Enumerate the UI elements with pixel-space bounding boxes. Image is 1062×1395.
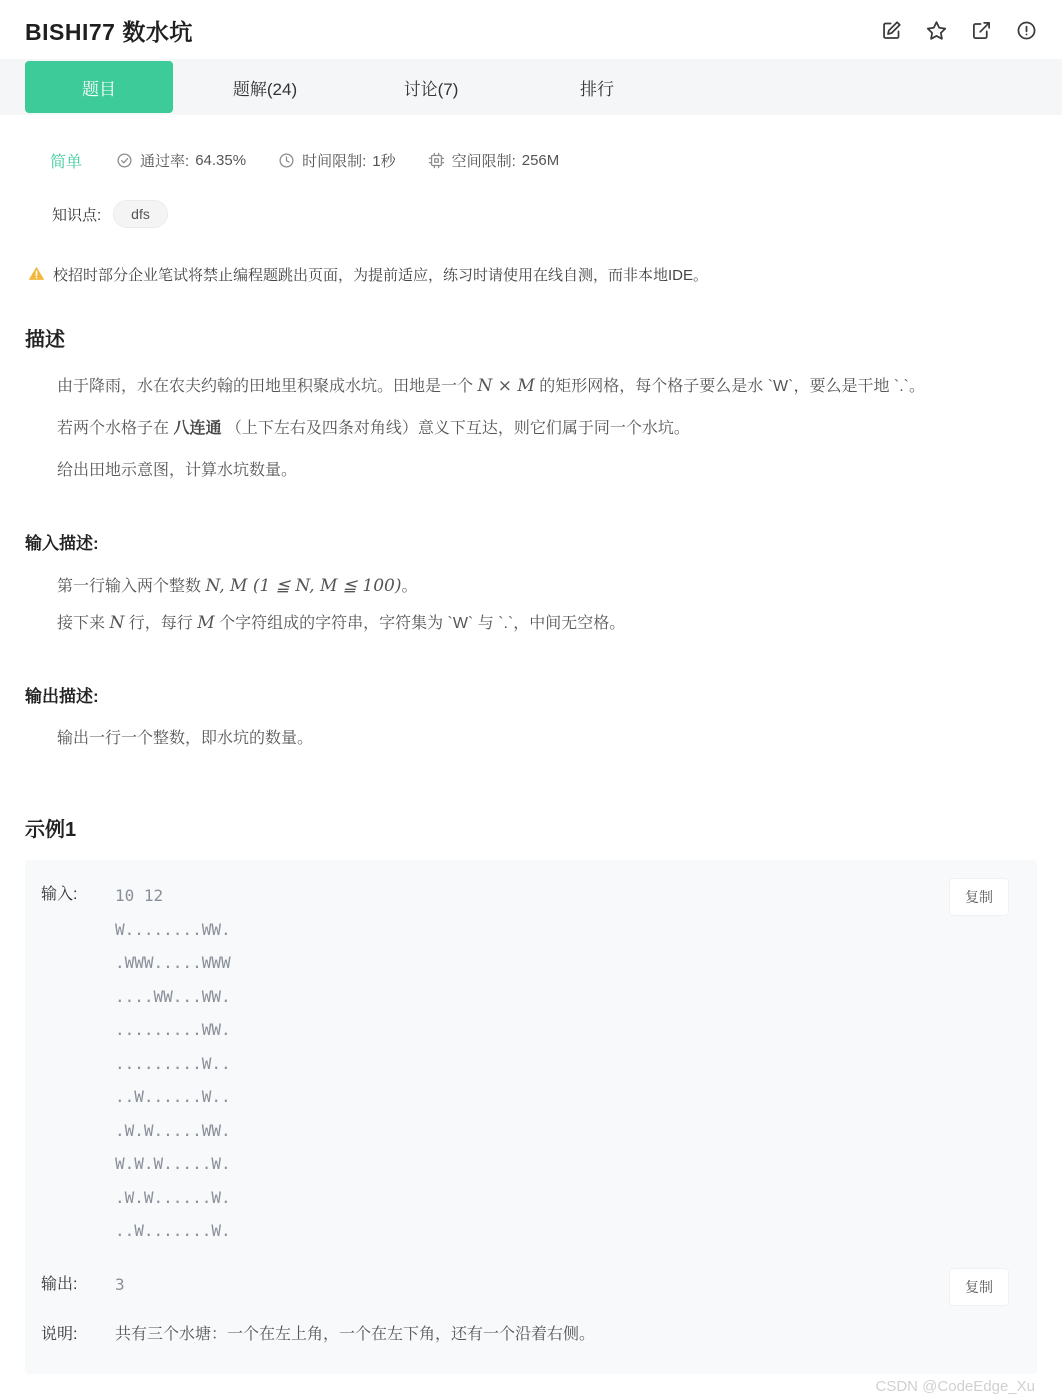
- example-note-text: 共有三个水塘：一个在左上角，一个在左下角，还有一个沿着右侧。: [115, 1322, 595, 1348]
- input-desc-line-2: 接下来 N 行，每行 M 个字符组成的字符串，字符集为 `W` 与 `.`，中间…: [25, 605, 1037, 642]
- clock-icon: [278, 152, 295, 169]
- problem-page: BISHI77 数水坑 题目 题解(24) 讨论(7) 排行 简单: [0, 0, 1062, 1395]
- description-paragraph-1: 由于降雨，水在农夫约翰的田地里积聚成水坑。田地是一个 N × M 的矩形网格，每…: [25, 368, 1037, 405]
- example-input-row: 输入: 10 12 W........WW. .WWW.....WWW ....…: [41, 882, 1013, 1248]
- edit-icon[interactable]: [881, 20, 902, 41]
- tab-bar: 题目 题解(24) 讨论(7) 排行: [0, 59, 1062, 115]
- pass-rate-label: 通过率:: [140, 150, 189, 171]
- csdn-watermark: CSDN @CodeEdge_Xu: [25, 1378, 1037, 1395]
- desc-text: 行，每行: [124, 615, 197, 632]
- share-icon[interactable]: [971, 20, 992, 41]
- notice-text: 校招时部分企业笔试将禁止编程题跳出页面，为提前适应，练习时请使用在线自测，而非本…: [53, 264, 708, 285]
- meta-row: 简单 通过率: 64.35% 时间限制: 1秒 空间限制: 256M: [50, 149, 1037, 172]
- tab-ranking[interactable]: 排行: [523, 61, 671, 113]
- desc-text: （上下左右及四条对角线）意义下互达，则它们属于同一个水坑。: [221, 420, 689, 437]
- input-label: 输入:: [41, 882, 115, 908]
- eight-connected-term: 八连通: [173, 420, 221, 437]
- exam-notice: 校招时部分企业笔试将禁止编程题跳出页面，为提前适应，练习时请使用在线自测，而非本…: [28, 264, 1037, 285]
- copy-output-button[interactable]: 复制: [949, 1268, 1009, 1306]
- math-constraint: N, M (1 ≦ N, M ≦ 100): [205, 576, 401, 596]
- star-icon[interactable]: [926, 20, 947, 41]
- pass-rate: 通过率: 64.35%: [116, 150, 246, 171]
- description-heading: 描述: [25, 323, 1037, 352]
- example-heading: 示例1: [25, 813, 1037, 842]
- output-desc-heading: 输出描述:: [25, 682, 1037, 707]
- output-label: 输出:: [41, 1272, 115, 1298]
- pass-rate-value: 64.35%: [195, 152, 246, 169]
- memory-limit-label: 空间限制:: [452, 150, 516, 171]
- tab-problem[interactable]: 题目: [25, 61, 173, 113]
- check-circle-icon: [116, 152, 133, 169]
- copy-input-button[interactable]: 复制: [949, 878, 1009, 916]
- tab-solutions[interactable]: 题解(24): [191, 61, 339, 113]
- output-desc-body: 输出一行一个整数，即水坑的数量。: [25, 721, 1037, 757]
- desc-text: 第一行输入两个整数: [57, 578, 205, 595]
- desc-text: 个字符组成的字符串，字符集为 `W` 与 `.`，中间无空格。: [215, 615, 626, 632]
- output-desc-line: 输出一行一个整数，即水坑的数量。: [25, 721, 1037, 757]
- desc-text: 若两个水格子在: [57, 420, 173, 437]
- knowledge-tag-dfs[interactable]: dfs: [113, 200, 168, 228]
- time-limit-label: 时间限制:: [302, 150, 366, 171]
- example-output-content: 3: [115, 1272, 125, 1298]
- knowledge-label: 知识点:: [52, 204, 101, 225]
- example-output-row: 输出: 3 复制: [41, 1272, 1013, 1298]
- example-note-row: 说明: 共有三个水塘：一个在左上角，一个在左下角，还有一个沿着右侧。: [41, 1322, 1013, 1348]
- page-title: BISHI77 数水坑: [25, 14, 193, 47]
- input-desc-body: 第一行输入两个整数 N, M (1 ≦ N, M ≦ 100)。 接下来 N 行…: [25, 568, 1037, 642]
- input-desc-line-1: 第一行输入两个整数 N, M (1 ≦ N, M ≦ 100)。: [25, 568, 1037, 605]
- example-box: 输入: 10 12 W........WW. .WWW.....WWW ....…: [25, 860, 1037, 1374]
- math-n-times-m: N × M: [477, 376, 534, 396]
- example-input-content: 10 12 W........WW. .WWW.....WWW ....WW..…: [115, 879, 231, 1248]
- header-icons: [881, 20, 1037, 41]
- time-limit-value: 1秒: [372, 150, 395, 171]
- note-label: 说明:: [41, 1322, 115, 1348]
- description-paragraph-2: 若两个水格子在 八连通 （上下左右及四条对角线）意义下互达，则它们属于同一个水坑…: [25, 411, 1037, 447]
- cpu-chip-icon: [428, 152, 445, 169]
- header: BISHI77 数水坑: [25, 0, 1037, 57]
- memory-limit: 空间限制: 256M: [428, 150, 560, 171]
- description-paragraph-3: 给出田地示意图，计算水坑数量。: [25, 453, 1037, 489]
- desc-text: 由于降雨，水在农夫约翰的田地里积聚成水坑。田地是一个: [57, 378, 477, 395]
- tab-discussion[interactable]: 讨论(7): [357, 61, 505, 113]
- math-n: N: [109, 613, 124, 633]
- knowledge-row: 知识点: dfs: [52, 200, 1037, 228]
- desc-text: 。: [402, 578, 418, 595]
- math-m: M: [197, 613, 214, 633]
- info-icon[interactable]: [1016, 20, 1037, 41]
- warning-icon: [28, 265, 45, 282]
- desc-text: 的矩形网格，每个格子要么是水 `W`，要么是干地 `.`。: [535, 378, 925, 395]
- time-limit: 时间限制: 1秒: [278, 150, 396, 171]
- input-desc-heading: 输入描述:: [25, 529, 1037, 554]
- difficulty-badge: 简单: [50, 149, 82, 172]
- desc-text: 接下来: [57, 615, 109, 632]
- memory-limit-value: 256M: [522, 152, 560, 169]
